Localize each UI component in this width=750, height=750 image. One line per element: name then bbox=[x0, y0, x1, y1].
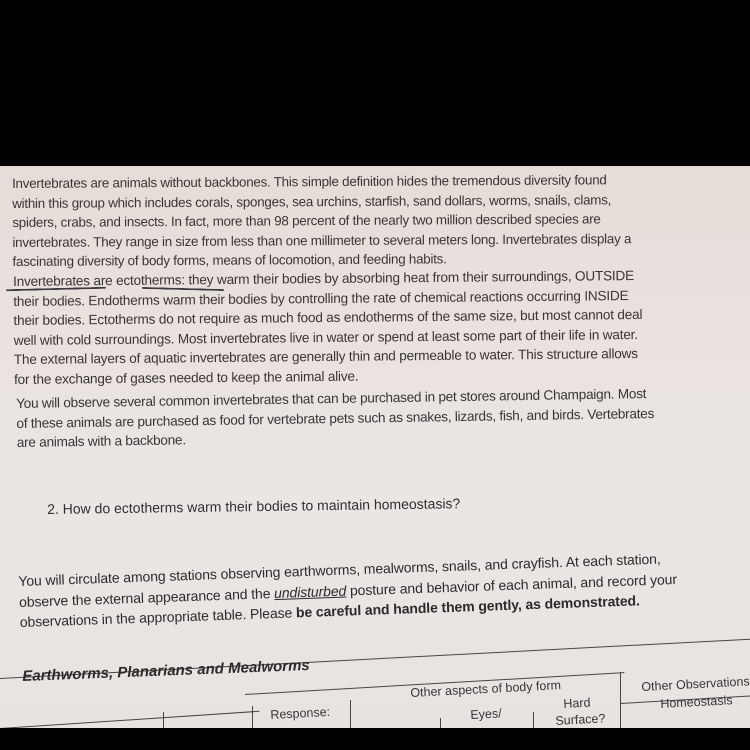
table-col-divider bbox=[620, 672, 621, 728]
ectotherms-term: ectotherms: bbox=[116, 272, 185, 288]
header-eyes: Eyes/ bbox=[470, 706, 502, 722]
photo-border-bottom bbox=[0, 728, 750, 750]
header-response: Response: bbox=[270, 705, 330, 722]
table-col-divider bbox=[440, 718, 441, 728]
table-title: Earthworms, Planarians and Mealworms bbox=[22, 657, 310, 685]
header-other-aspects: Other aspects of body form bbox=[410, 678, 561, 700]
table-header-divider bbox=[0, 711, 259, 728]
table-col-divider bbox=[350, 700, 351, 728]
header-homeostasis: Homeostasis bbox=[660, 693, 733, 711]
intro-paragraph: Invertebrates are animals without backbo… bbox=[12, 170, 631, 272]
worksheet-page: Invertebrates are animals without backbo… bbox=[0, 166, 750, 728]
question-2: 2. How do ectotherms warm their bodies t… bbox=[47, 494, 460, 519]
table-col-divider bbox=[252, 706, 253, 728]
header-hard: Hard bbox=[563, 696, 591, 711]
ectotherm-paragraph: Invertebrates are ectotherms: they warm … bbox=[13, 266, 643, 390]
header-surface: Surface? bbox=[555, 711, 606, 728]
text-fragment: they warm their bodies by absorbing heat… bbox=[185, 268, 634, 287]
stations-paragraph: You will circulate among stations observ… bbox=[18, 548, 678, 632]
observe-paragraph: You will observe several common inverteb… bbox=[16, 384, 655, 453]
table-col-divider bbox=[163, 712, 164, 728]
undisturbed-emphasis: undisturbed bbox=[274, 582, 347, 601]
table-col-divider bbox=[533, 712, 534, 728]
header-other-observations: Other Observations: bbox=[641, 674, 750, 694]
